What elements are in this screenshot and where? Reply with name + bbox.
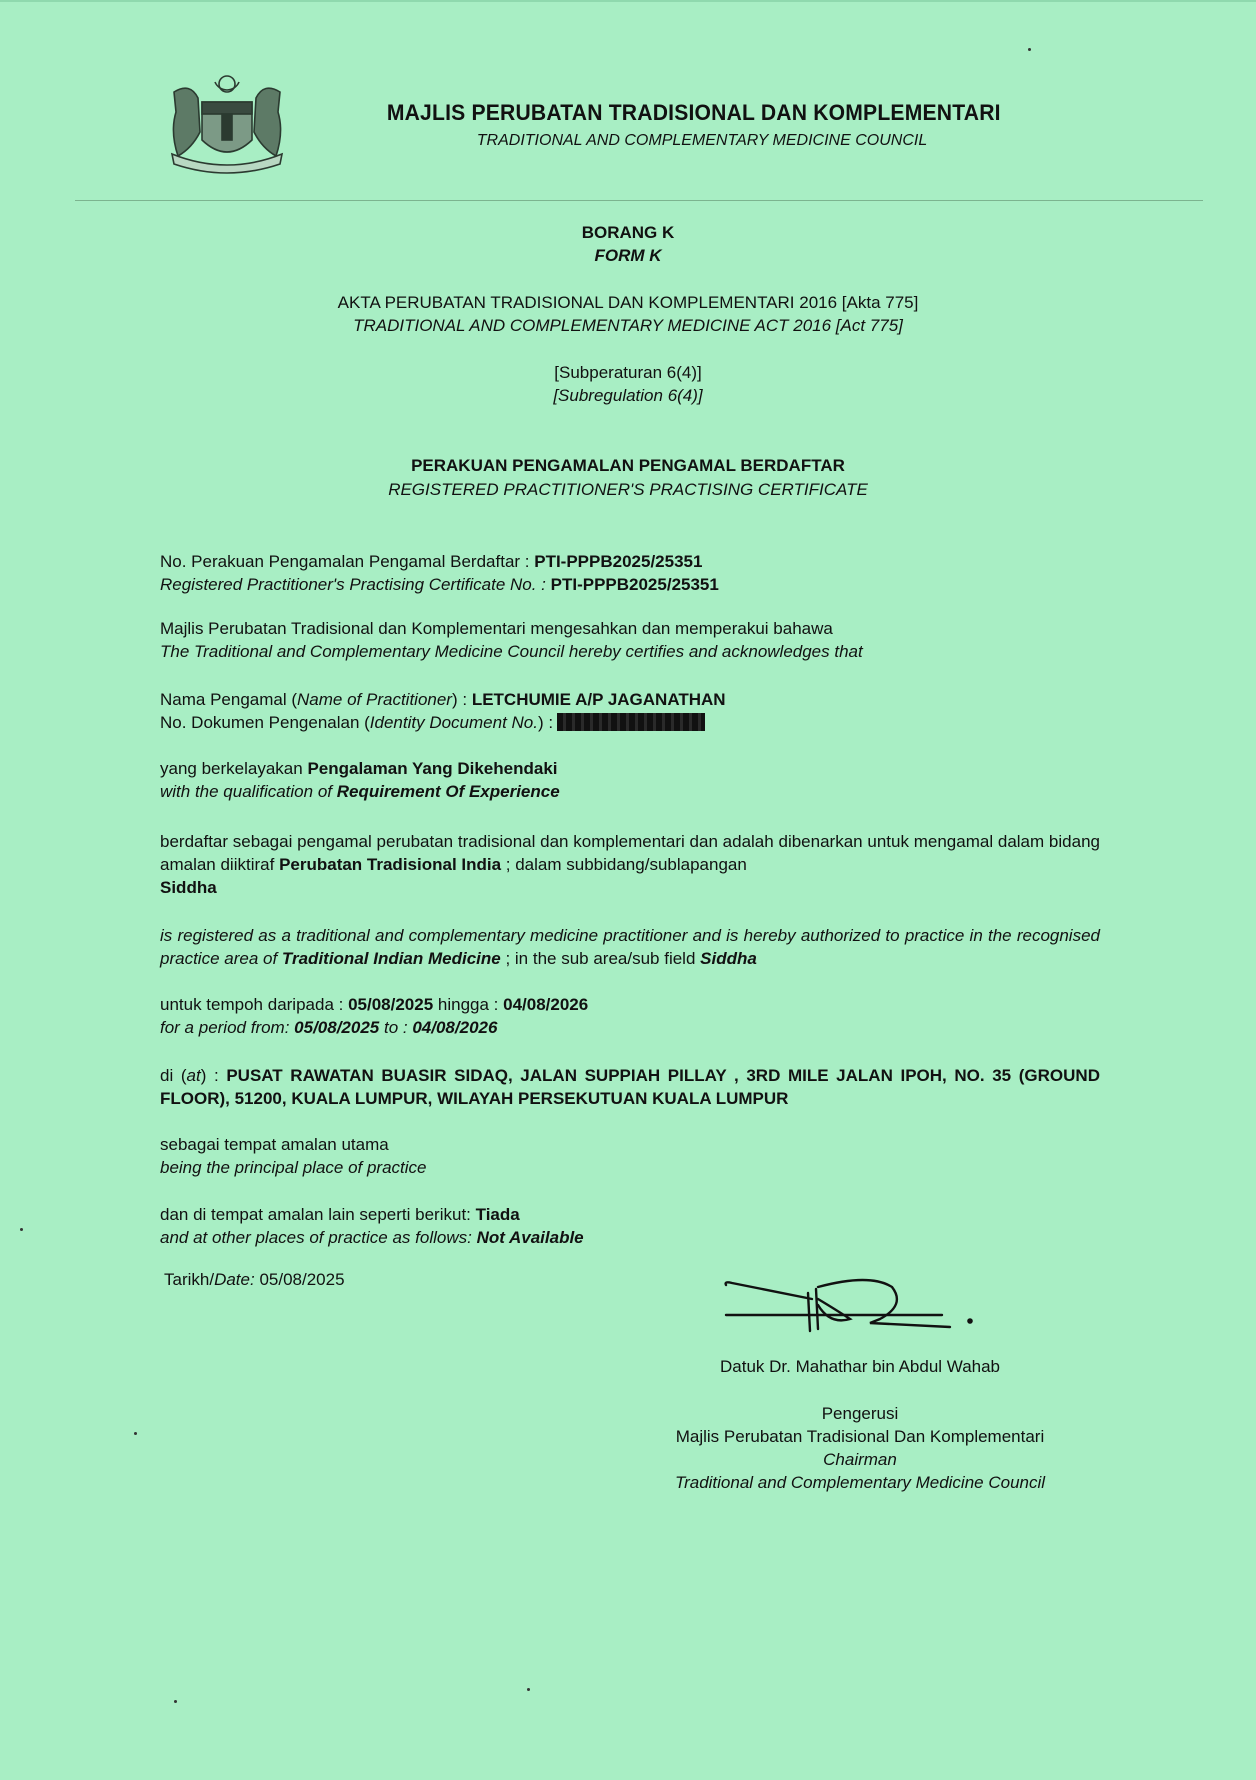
date-to-en: 04/08/2026 — [412, 1018, 497, 1037]
paper-speck — [174, 1700, 177, 1703]
signatory-org: Majlis Perubatan Tradisional Dan Komplem… — [620, 1425, 1100, 1448]
certificate-title-en: REGISTERED PRACTITIONER'S PRACTISING CER… — [0, 479, 1256, 501]
qualification-label: yang berkelayakan — [160, 759, 307, 778]
signatory-title: Pengerusi — [620, 1402, 1100, 1425]
redacted-id-value — [557, 713, 705, 731]
practice-area-en: Traditional Indian Medicine — [282, 949, 501, 968]
signatory-title-en: Chairman — [620, 1448, 1100, 1471]
act-title-en: TRADITIONAL AND COMPLEMENTARY MEDICINE A… — [0, 315, 1256, 337]
id-label-en: Identity Document No. — [370, 713, 538, 732]
validity-period: untuk tempoh daripada : 05/08/2025 hingg… — [160, 993, 1100, 1039]
certifies-en: The Traditional and Complementary Medici… — [160, 642, 863, 661]
name-label-end: ) : — [452, 690, 472, 709]
date-from: 05/08/2025 — [348, 995, 433, 1014]
regulation-en: [Subregulation 6(4)] — [0, 385, 1256, 407]
id-label: No. Dokumen Pengenalan ( — [160, 713, 370, 732]
form-label-en: FORM K — [0, 245, 1256, 267]
cert-no-value-en: PTI-PPPB2025/25351 — [551, 575, 719, 594]
reg-text-en-2: ; in the sub area/sub field — [501, 949, 700, 968]
registration-statement-ms: berdaftar sebagai pengamal perubatan tra… — [160, 830, 1100, 899]
qualification-label-en: with the qualification of — [160, 782, 337, 801]
certificate-page: MAJLIS PERUBATAN TRADISIONAL DAN KOMPLEM… — [0, 0, 1256, 1780]
cert-no-value: PTI-PPPB2025/25351 — [534, 552, 702, 571]
page-edge — [0, 0, 1256, 2]
header-divider — [75, 200, 1203, 201]
practitioner-details: Nama Pengamal (Name of Practitioner) : L… — [160, 688, 1100, 734]
signature-icon — [720, 1275, 980, 1345]
paper-speck — [527, 1688, 530, 1691]
qualification-value-en: Requirement Of Experience — [337, 782, 560, 801]
other-label: dan di tempat amalan lain seperti beriku… — [160, 1205, 476, 1224]
other-value: Tiada — [476, 1205, 520, 1224]
other-value-en: Not Available — [477, 1228, 584, 1247]
address-label-end: ) : — [201, 1066, 227, 1085]
form-label: BORANG K — [0, 222, 1256, 244]
name-label-en: Name of Practitioner — [297, 690, 452, 709]
council-title: MAJLIS PERUBATAN TRADISIONAL DAN KOMPLEM… — [352, 100, 1036, 126]
address-value: PUSAT RAWATAN BUASIR SIDAQ, JALAN SUPPIA… — [160, 1066, 1100, 1108]
paper-speck — [1028, 48, 1031, 51]
address-label: di ( — [160, 1066, 187, 1085]
practitioner-name: LETCHUMIE A/P JAGANATHAN — [472, 690, 726, 709]
name-label: Nama Pengamal ( — [160, 690, 297, 709]
address-label-en: at — [187, 1066, 201, 1085]
other-places: dan di tempat amalan lain seperti beriku… — [160, 1203, 1100, 1249]
practice-area: Perubatan Tradisional India — [279, 855, 501, 874]
principal-ms: sebagai tempat amalan utama — [160, 1135, 389, 1154]
sub-area: Siddha — [160, 878, 217, 897]
certificate-title: PERAKUAN PENGAMALAN PENGAMAL BERDAFTAR — [0, 455, 1256, 477]
cert-no-label-en: Registered Practitioner's Practising Cer… — [160, 575, 551, 594]
other-label-en: and at other places of practice as follo… — [160, 1228, 477, 1247]
paper-speck — [20, 1228, 23, 1231]
practice-address: di (at) : PUSAT RAWATAN BUASIR SIDAQ, JA… — [160, 1064, 1100, 1110]
period-to-label-en: to : — [379, 1018, 412, 1037]
regulation: [Subperaturan 6(4)] — [0, 362, 1256, 384]
coat-of-arms-icon — [162, 72, 292, 177]
date-to: 04/08/2026 — [503, 995, 588, 1014]
date-label-en: Date: — [214, 1270, 255, 1289]
date-from-en: 05/08/2025 — [294, 1018, 379, 1037]
registration-statement-en: is registered as a traditional and compl… — [160, 924, 1100, 970]
signatory-org-en: Traditional and Complementary Medicine C… — [620, 1471, 1100, 1494]
principal-en: being the principal place of practice — [160, 1158, 427, 1177]
council-subtitle: TRADITIONAL AND COMPLEMENTARY MEDICINE C… — [352, 132, 1052, 150]
qualification-value: Pengalaman Yang Dikehendaki — [307, 759, 557, 778]
date-value: 05/08/2025 — [255, 1270, 345, 1289]
reg-text-ms-2: ; dalam subbidang/sublapangan — [501, 855, 747, 874]
signatory-name: Datuk Dr. Mahathar bin Abdul Wahab — [620, 1355, 1100, 1378]
qualification: yang berkelayakan Pengalaman Yang Dikehe… — [160, 757, 1100, 803]
sub-area-en: Siddha — [700, 949, 757, 968]
paper-speck — [134, 1432, 137, 1435]
id-label-end: ) : — [538, 713, 553, 732]
period-label-en: for a period from: — [160, 1018, 294, 1037]
act-title: AKTA PERUBATAN TRADISIONAL DAN KOMPLEMEN… — [0, 292, 1256, 314]
certifies-statement: Majlis Perubatan Tradisional dan Komplem… — [160, 617, 1100, 663]
period-label: untuk tempoh daripada : — [160, 995, 348, 1014]
certificate-number-row: No. Perakuan Pengamalan Pengamal Berdaft… — [160, 550, 1100, 596]
principal-place: sebagai tempat amalan utama being the pr… — [160, 1133, 1100, 1179]
cert-no-label: No. Perakuan Pengamalan Pengamal Berdaft… — [160, 552, 534, 571]
period-to-label: hingga : — [433, 995, 503, 1014]
certifies-ms: Majlis Perubatan Tradisional dan Komplem… — [160, 619, 833, 638]
date-label: Tarikh/ — [164, 1270, 214, 1289]
